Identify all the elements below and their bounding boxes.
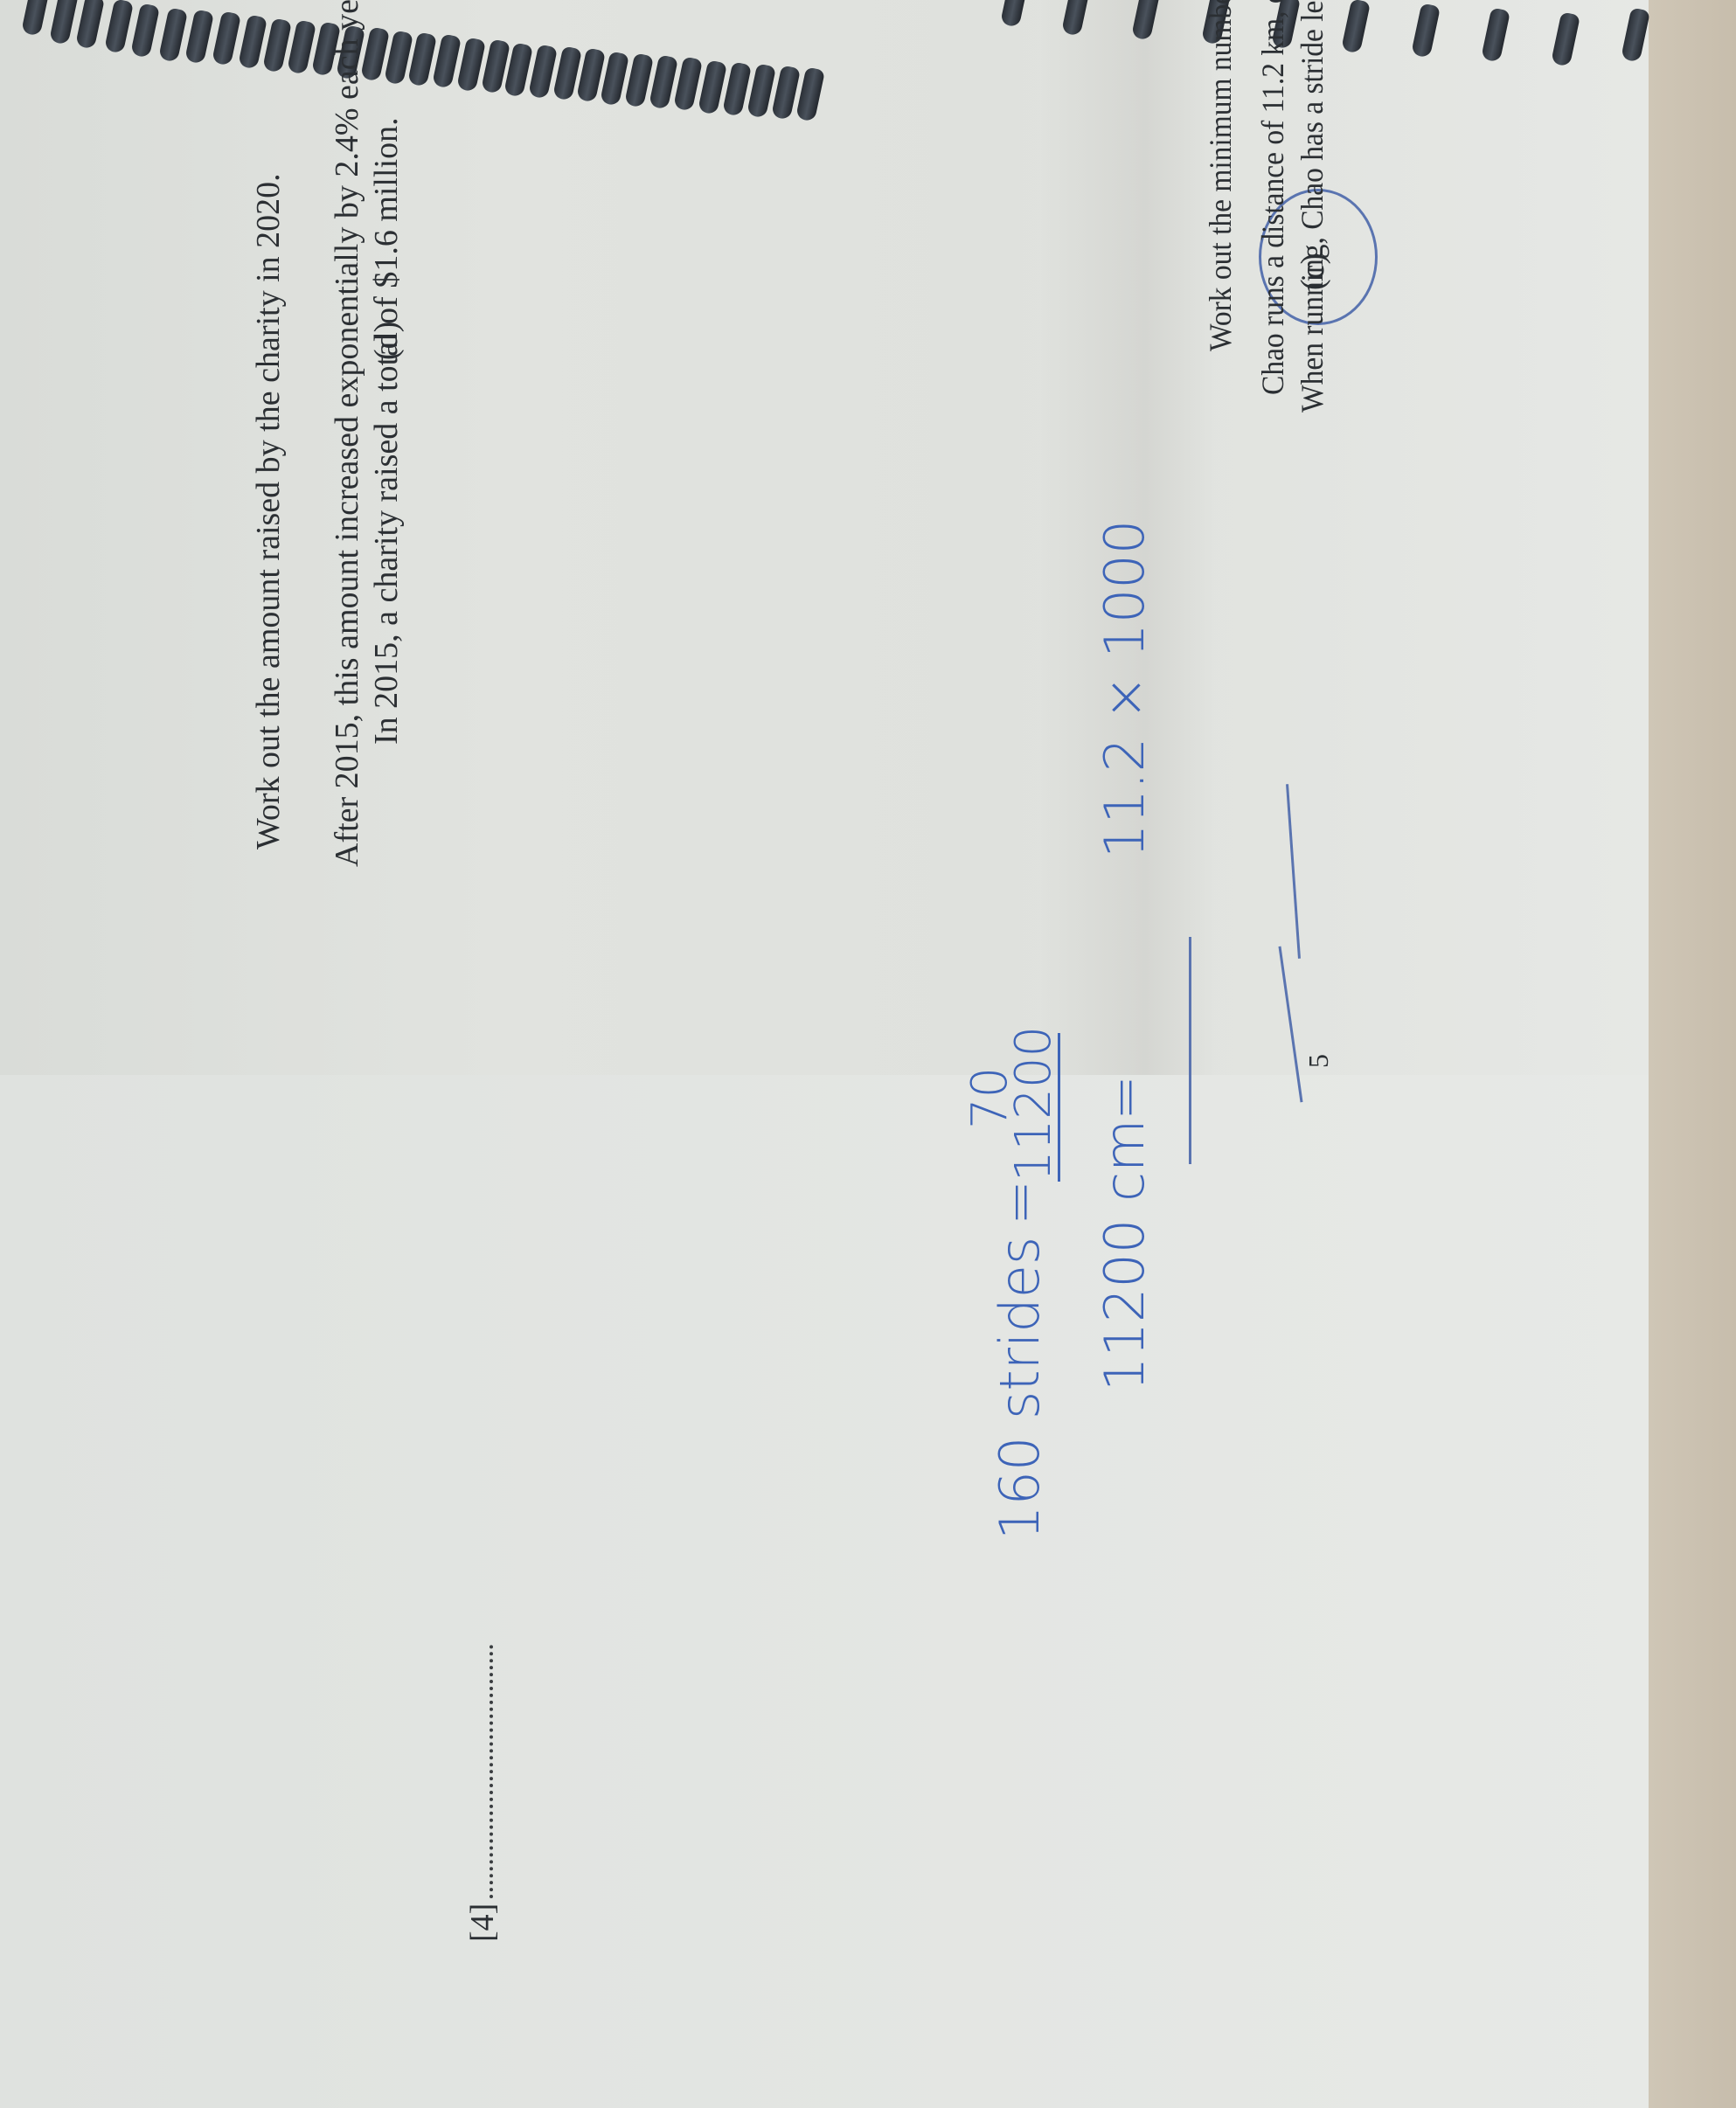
handwritten-fraction-bar <box>1058 1033 1060 1182</box>
handwritten-answer-strides: 160 strides <box>988 1237 1052 1540</box>
question-d-instruction: Work out the amount raised by the charit… <box>249 173 288 849</box>
answer-line[interactable] <box>490 1645 493 1898</box>
question-d-line2: After 2015, this amount increased expone… <box>328 0 366 867</box>
handwritten-underline-complete <box>1189 937 1191 1164</box>
handwritten-equals-1: = <box>1093 1075 1156 1120</box>
handwritten-underline-70cm <box>1278 947 1302 1103</box>
handwritten-underline-stride <box>1286 784 1301 959</box>
question-c-line2: Chao runs a distance of 11.2 km, correct… <box>1254 0 1291 395</box>
rotated-page-content: 5 (c) When running, Chao has a stride le… <box>0 0 1736 2108</box>
handwritten-result-cm: 11200 cm <box>1093 1120 1156 1391</box>
handwritten-equals-2: = <box>988 1180 1052 1225</box>
handwritten-fraction-denominator: 70 <box>962 1067 1018 1129</box>
question-c-line1: When running, Chao has a stride length o… <box>1294 0 1330 413</box>
handwritten-working-line1: 11.2 × 1000 <box>1093 520 1156 858</box>
page-number: 5 <box>1302 1054 1335 1068</box>
question-c-marks: [4] <box>463 1903 502 1942</box>
question-d-line1: In 2015, a charity raised a total of $1.… <box>367 117 406 745</box>
question-c-instruction: Work out the minimum number of strides t… <box>1202 0 1239 351</box>
